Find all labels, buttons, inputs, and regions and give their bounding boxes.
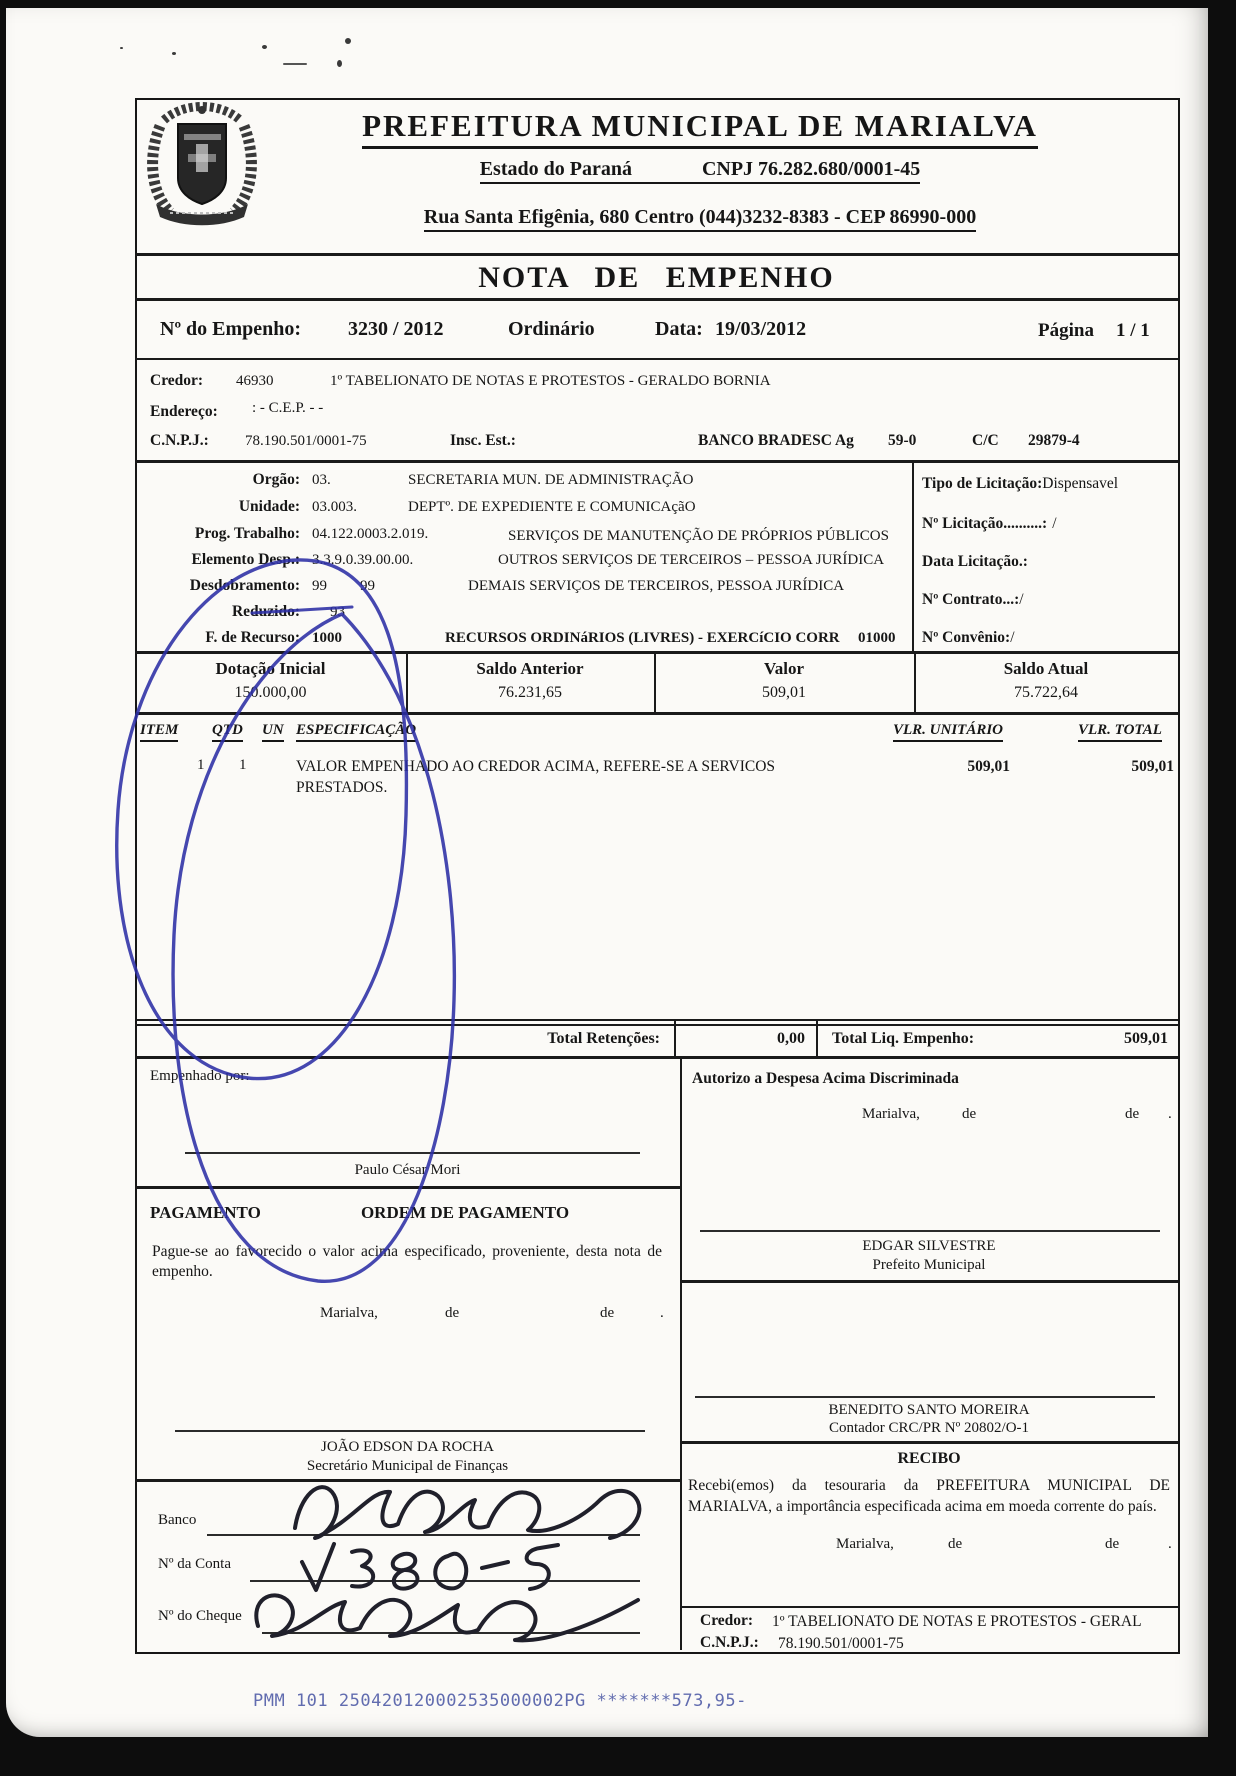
cidade: Marialva, [320,1305,378,1322]
num-convenio-label: Nº Convênio: [922,629,1010,646]
ink-speck [120,47,123,49]
desdobramento-desc: DEMAIS SERVIÇOS DE TERCEIROS, PESSOA JUR… [468,578,844,595]
saldo-header: Valor [654,659,914,679]
empenho-number-value: 3230 / 2012 [348,318,444,341]
empenhado-por-label: Empenhado por: [150,1068,250,1085]
item-num: 1 [197,757,205,774]
rule [680,1606,1178,1608]
empenho-date-label: Data: [655,318,703,341]
elemento-desp-label: Elemento Desp.: [136,551,300,569]
tipo-licitacao-value: Dispensavel [1042,475,1118,492]
desdobramento-code: 99 [312,578,327,595]
header: PREFEITURA MUNICIPAL DE MARIALVA [270,108,1130,144]
cidade: Marialva, [836,1536,894,1553]
saldo-value: 150.000,00 [135,684,406,702]
de: de [1105,1536,1119,1553]
scanned-document-page: PREFEITURA MUNICIPAL DE MARIALVA Estado … [0,0,1236,1776]
de: de [445,1305,459,1322]
signature-line [695,1396,1155,1398]
cheque-fill-line [262,1632,640,1634]
endereco-label: Endereço: [150,403,218,421]
signature-line [185,1152,640,1154]
fonte-recurso-code: 1000 [312,630,342,647]
ink-smudge [283,63,307,65]
rule [135,460,1178,463]
saldo-header: Dotação Inicial [135,659,406,679]
state-label: Estado do Paraná [480,158,632,180]
rule [135,1479,680,1482]
prog-trabalho-label: Prog. Trabalho: [136,525,300,543]
fonte-recurso-desc: RECURSOS ORDINáRIOS (LIVRES) - EXERCíCIO… [445,630,840,647]
recibo-texto: Recebi(emos) da tesouraria da PREFEITURA… [688,1476,1170,1517]
tipo-licitacao-row: Tipo de Licitação:Dispensavel [922,475,1118,493]
rule [135,1186,680,1189]
total-liq-label: Total Liq. Empenho: [832,1030,974,1048]
secretario-nome: JOÃO EDSON DA ROCHA [135,1439,680,1456]
item-especificacao: VALOR EMPENHADO AO CREDOR ACIMA, REFERE-… [296,757,796,799]
rule [135,651,1178,654]
rule [135,1056,1178,1059]
signature-line [700,1230,1160,1232]
ink-speck [262,45,267,49]
prefeito-cargo: Prefeito Municipal [680,1257,1178,1274]
empenho-date-value: 19/03/2012 [715,318,806,341]
banco-nome: BANCO BRADESC Ag [698,432,854,450]
elemento-desp-code: 3.3.9.0.39.00.00. [312,552,413,569]
credor-cnpj-label: C.N.P.J.: [150,432,209,450]
data-licitacao-label: Data Licitação.: [922,553,1028,570]
banco-fill-line [207,1534,640,1536]
ordem-pagamento-texto: Pague-se ao favorecido o valor acima esp… [152,1242,662,1283]
cidade: Marialva, [862,1106,920,1123]
cheque-label: Nº do Cheque [158,1608,242,1625]
conta-label: Nº da Conta [158,1556,231,1573]
num-licitacao-row: Nº Licitação..........:/ [922,515,1057,533]
rule [135,1024,1178,1026]
document-title: NOTA DE EMPENHO [135,261,1178,295]
empenho-type: Ordinário [508,318,595,341]
contador-cargo: Contador CRC/PR Nº 20802/O-1 [680,1420,1178,1437]
signature-line [175,1430,645,1432]
page-number-label: Página [1038,320,1094,342]
page-number-value: 1 / 1 [1116,320,1150,342]
column-divider [912,460,914,651]
table-divider [674,1019,676,1056]
autorizo-titulo: Autorizo a Despesa Acima Discriminada [692,1070,959,1088]
rule [680,1441,1178,1444]
recibo-cnpj-value: 78.190.501/0001-75 [778,1635,904,1653]
item-vlr-unitario: 509,01 [900,758,1010,776]
itens-header-total: VLR. TOTAL [1078,722,1162,742]
header-line-3: Rua Santa Efigênia, 680 Centro (044)3232… [270,206,1130,229]
num-convenio-value: / [1010,629,1014,646]
total-liq-value: 509,01 [1020,1030,1168,1048]
dot-matrix-print-line: PMM 101 250420120002535000002PG *******5… [253,1691,747,1711]
data-licitacao-row: Data Licitação.: [922,553,1033,571]
ink-speck [345,38,351,44]
rule [135,1019,1178,1021]
rule [680,1280,1178,1283]
fonte-recurso-extra: 01000 [858,630,896,647]
address-line: Rua Santa Efigênia, 680 Centro (044)3232… [424,206,976,232]
column-divider [680,1056,682,1650]
prog-trabalho-desc: SERVIÇOS DE MANUTENÇÃO DE PRÓPRIOS PÚBLI… [508,528,889,545]
empenho-number-label: Nº do Empenho: [160,318,301,341]
saldo-value: 76.231,65 [406,684,654,702]
num-convenio-row: Nº Convênio:/ [922,629,1015,647]
orgao-code: 03. [312,472,331,489]
de: de [948,1536,962,1553]
recibo-titulo: RECIBO [680,1450,1178,1468]
itens-header-unitario: VLR. UNITÁRIO [893,722,1003,742]
de: de [962,1106,976,1123]
desdobramento-code2: 99 [360,578,375,595]
recibo-cnpj-label: C.N.P.J.: [700,1634,759,1652]
orgao-desc: SECRETARIA MUN. DE ADMINISTRAÇÃO [408,472,693,489]
credor-cnpj-value: 78.190.501/0001-75 [245,433,367,450]
fonte-recurso-label: F. de Recurso: [136,629,300,647]
rule [135,358,1178,360]
credor-label: Credor: [150,372,203,390]
saldo-header: Saldo Atual [914,659,1178,679]
itens-header-item: ITEM [140,722,178,742]
saldo-value: 75.722,64 [914,684,1178,702]
endereco-value: : - C.E.P. - - [252,400,323,417]
credor-code: 46930 [236,373,274,390]
item-vlr-total: 509,01 [1064,758,1174,776]
ordem-pagamento-titulo: ORDEM DE PAGAMENTO [300,1203,630,1223]
ink-speck [172,52,176,55]
num-licitacao-value: / [1052,515,1056,532]
reduzido-label: Reduzido: [140,603,300,621]
reduzido-code: 93 [330,604,345,621]
banco-label: Banco [158,1512,196,1529]
prefeito-nome: EDGAR SILVESTRE [680,1238,1178,1255]
rule [135,712,1178,715]
rule [135,298,1178,301]
elemento-desp-desc: OUTROS SERVIÇOS DE TERCEIROS – PESSOA JU… [498,552,884,569]
total-retencoes-label: Total Retenções: [380,1030,660,1048]
saldo-value: 509,01 [654,684,914,702]
itens-header-un: UN [262,722,284,742]
banco-agencia: 59-0 [888,432,916,450]
ponto: . [1168,1536,1172,1553]
table-divider [816,1019,818,1056]
empenhado-por-nome: Paulo César Mori [135,1162,680,1179]
rule [135,253,1178,256]
num-contrato-value: / [1019,591,1023,608]
de: de [1125,1106,1139,1123]
tipo-licitacao-label: Tipo de Licitação: [922,475,1042,492]
num-contrato-label: Nº Contrato...: [922,591,1019,608]
ponto: . [1168,1106,1172,1123]
total-retencoes-value: 0,00 [685,1030,805,1048]
secretario-cargo: Secretário Municipal de Finanças [135,1458,680,1475]
contador-nome: BENEDITO SANTO MOREIRA [680,1402,1178,1419]
de: de [600,1305,614,1322]
municipal-coat-of-arms-logo [140,96,264,228]
unidade-code: 03.003. [312,499,357,516]
num-contrato-row: Nº Contrato...:/ [922,591,1024,609]
desdobramento-label: Desdobramento: [136,577,300,595]
itens-header-espec: ESPECIFICAÇÃO [296,722,416,742]
ink-speck [337,60,342,67]
header-line-2: Estado do ParanáCNPJ 76.282.680/0001-45 [270,158,1130,181]
item-qtd: 1 [239,757,247,774]
prog-trabalho-code: 04.122.0003.2.019. [312,526,428,543]
num-licitacao-label: Nº Licitação..........: [922,515,1047,532]
ponto: . [660,1305,664,1322]
conta-fill-line [250,1580,640,1582]
recibo-credor-value: 1º TABELIONATO DE NOTAS E PROTESTOS - GE… [772,1613,1142,1631]
cnpj-label: CNPJ 76.282.680/0001-45 [702,158,920,180]
cc-value: 29879-4 [1028,432,1080,450]
cc-label: C/C [972,432,999,450]
page-title: PREFEITURA MUNICIPAL DE MARIALVA [362,108,1038,149]
recibo-credor-label: Credor: [700,1612,753,1630]
unidade-desc: DEPTº. DE EXPEDIENTE E COMUNICAçãO [408,499,696,516]
saldo-header: Saldo Anterior [406,659,654,679]
itens-header-qtd: QTD [212,722,243,742]
unidade-label: Unidade: [140,498,300,516]
credor-name: 1º TABELIONATO DE NOTAS E PROTESTOS - GE… [330,373,771,390]
orgao-label: Orgão: [140,471,300,489]
insc-est-label: Insc. Est.: [450,432,516,450]
pagamento-titulo: PAGAMENTO [150,1203,261,1223]
